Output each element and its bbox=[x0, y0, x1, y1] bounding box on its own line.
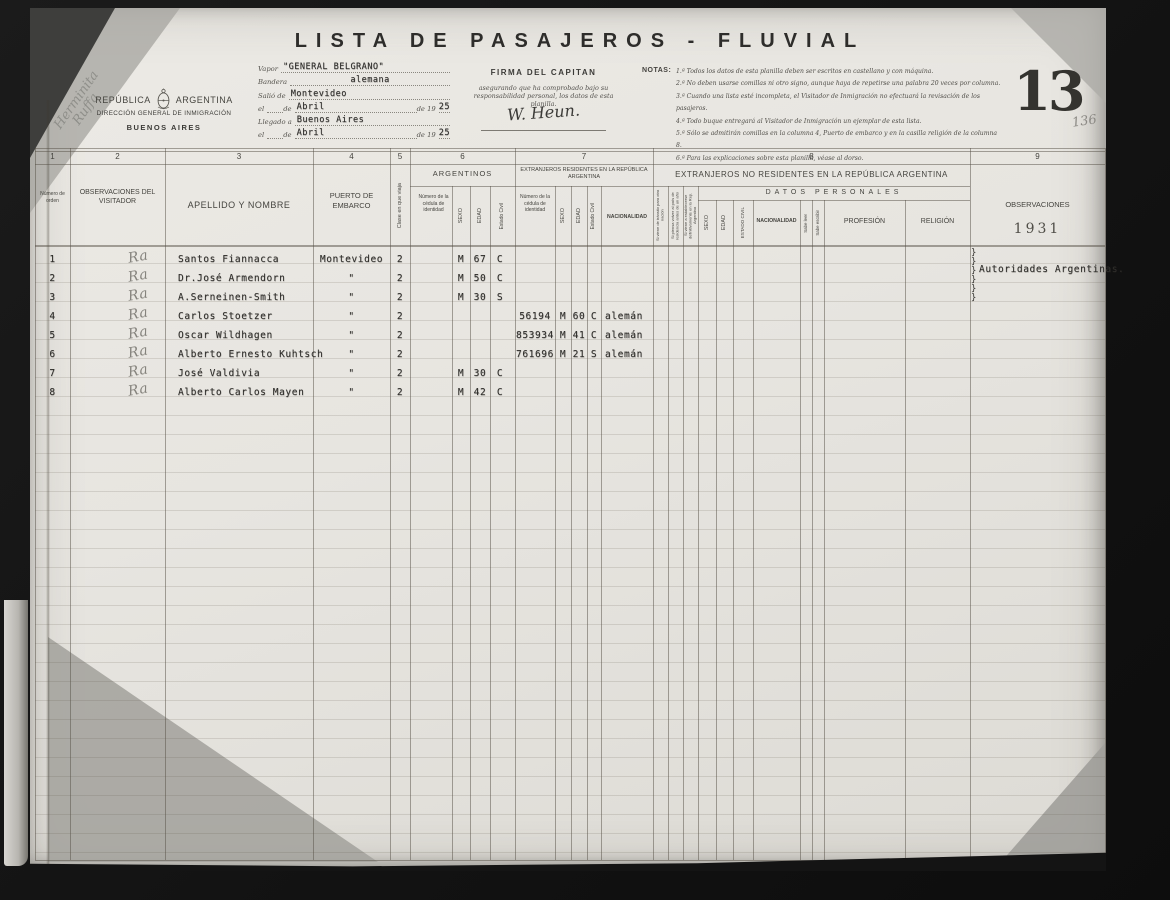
row-order-number: 5 bbox=[35, 330, 70, 341]
header-res-nacionalidad: NACIONALIDAD bbox=[601, 214, 653, 220]
row-order-number: 8 bbox=[35, 387, 70, 398]
embark-port: " bbox=[313, 387, 390, 398]
salio-label: Salió de bbox=[258, 92, 289, 100]
vapor-label: Vapor bbox=[258, 65, 281, 73]
obs-brace: } bbox=[971, 293, 976, 303]
vapor-value: "GENERAL BELGRANO" bbox=[281, 62, 450, 73]
col-number-8: 8 bbox=[653, 152, 970, 164]
col-number-6: 6 bbox=[410, 152, 515, 164]
row-order-number: 6 bbox=[35, 349, 70, 360]
visitador-handwritten-mark: Ra bbox=[127, 323, 150, 342]
arg-sexo: M bbox=[452, 387, 470, 398]
authority-name-part2: ARGENTINA bbox=[176, 95, 233, 105]
header-nr-edad: EDAD bbox=[716, 203, 733, 243]
el-label2: el bbox=[258, 131, 267, 139]
visitador-handwritten-mark: Ra bbox=[127, 285, 150, 304]
header-res-cedula: Número de la cédula de identidad bbox=[515, 194, 555, 214]
arg-edad: 67 bbox=[470, 254, 490, 265]
header-apellido-nombre: APELLIDO Y NOMBRE bbox=[165, 200, 313, 210]
arg-edad: 50 bbox=[470, 273, 490, 284]
row-order-number: 1 bbox=[35, 254, 70, 265]
sheet-number: 13 bbox=[1008, 62, 1088, 120]
arg-edad: 30 bbox=[470, 368, 490, 379]
table-row: 1 Ra Santos Fiannacca Montevideo 2 M 67 … bbox=[30, 252, 1106, 271]
res-nacionalidad: alemán bbox=[605, 311, 643, 322]
table-row: 3 Ra A.Serneinen-Smith " 2 M 30 S bbox=[30, 290, 1106, 309]
travel-class: 2 bbox=[390, 273, 410, 284]
authority-name-part1: REPÚBLICA bbox=[95, 95, 151, 105]
visitador-handwritten-mark: Ra bbox=[127, 380, 150, 399]
col-number-4: 4 bbox=[313, 152, 390, 164]
de-label2: de bbox=[283, 131, 294, 139]
col-number-5: 5 bbox=[390, 152, 410, 164]
col-number-9: 9 bbox=[970, 152, 1105, 164]
header-nr-sexo: SEXO bbox=[698, 203, 716, 243]
res-nacionalidad: alemán bbox=[605, 349, 643, 360]
year-stamp: 1931 bbox=[970, 221, 1105, 237]
visitador-handwritten-mark: Ra bbox=[127, 342, 150, 361]
signature-line bbox=[481, 130, 606, 131]
header-nr-nacionalidad: NACIONALIDAD bbox=[753, 218, 800, 224]
arg-estado-civil: C bbox=[490, 387, 510, 398]
table-row: 5 Ra Oscar Wildhagen " 2 853934 M 41 C a… bbox=[30, 328, 1106, 347]
grid-line bbox=[35, 164, 1105, 165]
arrival-date-row: el de Abril de 19 25 bbox=[258, 126, 450, 139]
passenger-name: Alberto Carlos Mayen bbox=[178, 387, 304, 398]
issuing-authority-box: REPÚBLICA ARGENTINA DIRECCIÓN GENER bbox=[80, 60, 248, 145]
arg-estado-civil: C bbox=[490, 273, 510, 284]
note-item: 2.ª No deben usarse comillas ni otro sig… bbox=[676, 78, 1001, 90]
de19-label: de 19 bbox=[417, 105, 439, 113]
header-datos-personales: DATOS PERSONALES bbox=[698, 189, 970, 196]
arg-sexo: M bbox=[452, 368, 470, 379]
flag-row: Bandera alemana bbox=[258, 73, 450, 86]
header-nr-estado-civil: ESTADO CIVIL bbox=[733, 203, 753, 243]
res-edad: 60 bbox=[571, 311, 587, 322]
res-sexo: M bbox=[555, 349, 571, 360]
arg-estado-civil: S bbox=[490, 292, 510, 303]
visitador-handwritten-mark: Ra bbox=[127, 361, 150, 380]
grid-line bbox=[410, 186, 970, 187]
header-arg-sexo: SEXO bbox=[452, 190, 470, 242]
day-blank2 bbox=[267, 138, 283, 139]
header-sabe-leer: Sabe leer bbox=[800, 203, 812, 243]
header-arg-edad: EDAD bbox=[470, 190, 490, 242]
travel-class: 2 bbox=[390, 330, 410, 341]
coat-of-arms-icon bbox=[156, 88, 171, 112]
row-order-number: 2 bbox=[35, 273, 70, 284]
travel-class: 2 bbox=[390, 368, 410, 379]
res-nacionalidad: alemán bbox=[605, 330, 643, 341]
passenger-name: Dr.José Armendorn bbox=[178, 273, 285, 284]
passenger-name: Carlos Stoetzer bbox=[178, 311, 273, 322]
sheet-number-handwritten: 136 bbox=[1071, 112, 1098, 130]
passenger-name: Santos Fiannacca bbox=[178, 254, 279, 265]
res-edad: 21 bbox=[571, 349, 587, 360]
travel-class: 2 bbox=[390, 349, 410, 360]
arrival-port-row: Llegado a Buenos Aires bbox=[258, 113, 450, 126]
month2-value: Abril bbox=[295, 128, 417, 139]
llegado-value: Buenos Aires bbox=[295, 115, 450, 126]
arg-estado-civil: C bbox=[490, 368, 510, 379]
header-sabe-escribir: Sabe escribir bbox=[812, 203, 824, 243]
arg-sexo: M bbox=[452, 254, 470, 265]
col-number-1: 1 bbox=[35, 152, 70, 164]
table-row: 4 Ra Carlos Stoetzer " 2 56194 M 60 C al… bbox=[30, 309, 1106, 328]
embark-port: " bbox=[313, 349, 390, 360]
scan-background: Herminita Ruffa LISTA DE PASAJEROS - FLU… bbox=[0, 0, 1170, 900]
res-edad: 41 bbox=[571, 330, 587, 341]
header-res-estado-civil: Estado Civil bbox=[587, 190, 601, 242]
visitador-handwritten-mark: Ra bbox=[127, 247, 150, 266]
authority-city: BUENOS AIRES bbox=[80, 123, 248, 132]
table-row: 6 Ra Alberto Ernesto Kuhtsch " 2 761696 … bbox=[30, 347, 1106, 366]
bandera-label: Bandera bbox=[258, 78, 290, 86]
de19-label2: de 19 bbox=[417, 131, 439, 139]
row-order-number: 7 bbox=[35, 368, 70, 379]
arg-sexo: M bbox=[452, 273, 470, 284]
year1-value: 25 bbox=[439, 102, 450, 113]
travel-class: 2 bbox=[390, 311, 410, 322]
embark-port: " bbox=[313, 368, 390, 379]
header-arg-estado-civil: Estado Civil bbox=[490, 190, 515, 242]
arg-edad: 30 bbox=[470, 292, 490, 303]
passenger-list-page: Herminita Ruffa LISTA DE PASAJEROS - FLU… bbox=[30, 8, 1106, 868]
note-item: 3.ª Cuando una lista esté incompleta, el… bbox=[676, 91, 1001, 116]
header-volver-pais: Si piensa volver al país de residencia a… bbox=[668, 188, 683, 243]
header-res-edad: EDAD bbox=[571, 190, 587, 242]
res-estado-civil: S bbox=[587, 349, 601, 360]
header-extranjeros-residentes: EXTRANJEROS RESIDENTES EN LA REPÚBLICA A… bbox=[517, 167, 651, 181]
col-number-3: 3 bbox=[165, 152, 313, 164]
travel-class: 2 bbox=[390, 254, 410, 265]
passenger-name: A.Serneinen-Smith bbox=[178, 292, 285, 303]
arg-sexo: M bbox=[452, 292, 470, 303]
table-row: 2 Ra Dr.José Armendorn " 2 M 50 C bbox=[30, 271, 1106, 290]
ship-name-row: Vapor "GENERAL BELGRANO" bbox=[258, 60, 450, 73]
year2-value: 25 bbox=[439, 128, 450, 139]
note-item: 5.ª Sólo se admitirán comillas en la col… bbox=[676, 128, 1001, 153]
captain-signature-box: FIRMA DEL CAPITAN asegurando que ha comp… bbox=[459, 60, 628, 145]
res-sexo: M bbox=[555, 330, 571, 341]
embark-port: Montevideo bbox=[313, 254, 390, 265]
header-clase: Clase en que viaja bbox=[390, 170, 410, 242]
embark-port: " bbox=[313, 311, 390, 322]
authority-division: DIRECCIÓN GENERAL DE INMIGRACIÓN bbox=[80, 110, 248, 117]
header-extranjeros-no-residentes: EXTRANJEROS NO RESIDENTES EN LA REPÚBLIC… bbox=[653, 170, 970, 179]
passenger-name: Alberto Ernesto Kuhtsch bbox=[178, 349, 323, 360]
header-observaciones-visitador: OBSERVACIONES DEL VISITADOR bbox=[72, 188, 163, 206]
res-cedula: 853934 bbox=[515, 330, 555, 341]
month1-value: Abril bbox=[295, 102, 417, 113]
header-observaciones: OBSERVACIONES bbox=[970, 200, 1105, 209]
de-label: de bbox=[283, 105, 294, 113]
arg-estado-civil: C bbox=[490, 254, 510, 265]
header-numero-orden: Número de orden bbox=[35, 191, 70, 204]
header-establecerse: Si viene a establecerse definitivamente … bbox=[683, 188, 698, 243]
header-profesion: PROFESIÓN bbox=[824, 218, 905, 225]
el-label: el bbox=[258, 105, 267, 113]
res-cedula: 56194 bbox=[515, 311, 555, 322]
passenger-name: Oscar Wildhagen bbox=[178, 330, 273, 341]
header-arg-cedula: Número de la cédula de identidad bbox=[415, 194, 452, 214]
table-row: 8 Ra Alberto Carlos Mayen " 2 M 42 C bbox=[30, 385, 1106, 404]
travel-class: 2 bbox=[390, 292, 410, 303]
header-res-sexo: SEXO bbox=[555, 190, 571, 242]
visitador-handwritten-mark: Ra bbox=[127, 304, 150, 323]
header-puerto-embarco: PUERTO DE EMBARCO bbox=[313, 191, 390, 210]
llegado-label: Llegado a bbox=[258, 118, 295, 126]
header-religion: RELIGIÓN bbox=[905, 218, 970, 225]
salio-value: Montevideo bbox=[289, 89, 450, 100]
note-item: 4.ª Todo buque entregará al Visitador de… bbox=[676, 116, 1001, 128]
arg-edad: 42 bbox=[470, 387, 490, 398]
embark-port: " bbox=[313, 273, 390, 284]
notes-box: NOTAS: 1.ª Todos los datos de esta plani… bbox=[632, 60, 1005, 150]
res-sexo: M bbox=[555, 311, 571, 322]
travel-class: 2 bbox=[390, 387, 410, 398]
res-estado-civil: C bbox=[587, 311, 601, 322]
page-title: LISTA DE PASAJEROS - FLUVIAL bbox=[290, 30, 870, 53]
departure-date-row: el de Abril de 19 25 bbox=[258, 100, 450, 113]
res-estado-civil: C bbox=[587, 330, 601, 341]
header-argentinos: ARGENTINOS bbox=[410, 169, 515, 178]
embark-port: " bbox=[313, 292, 390, 303]
note-item: 1.ª Todos los datos de esta planilla deb… bbox=[676, 66, 1001, 78]
table-row: 7 Ra José Valdivia " 2 M 30 C bbox=[30, 366, 1106, 385]
ship-info-box: Vapor "GENERAL BELGRANO" Bandera alemana… bbox=[254, 60, 454, 145]
visitador-handwritten-mark: Ra bbox=[127, 266, 150, 285]
header-transito-otra-nacion: Si viene de tránsito para otra nación bbox=[653, 188, 668, 243]
authority-name: REPÚBLICA ARGENTINA bbox=[80, 88, 248, 112]
captain-box-title: FIRMA DEL CAPITAN bbox=[459, 68, 628, 77]
col-number-7: 7 bbox=[515, 152, 653, 164]
notes-label: NOTAS: bbox=[642, 67, 671, 74]
bandera-value: alemana bbox=[290, 75, 450, 86]
day-blank bbox=[267, 112, 283, 113]
res-cedula: 761696 bbox=[515, 349, 555, 360]
page-edge-curl bbox=[4, 600, 28, 866]
departure-port-row: Salió de Montevideo bbox=[258, 86, 450, 99]
row-order-number: 4 bbox=[35, 311, 70, 322]
grid-line bbox=[35, 148, 1105, 149]
grid-line bbox=[698, 200, 970, 201]
col-number-2: 2 bbox=[70, 152, 165, 164]
obs-authorities-note: Autoridades Argentinas. bbox=[979, 264, 1124, 275]
passenger-name: José Valdivia bbox=[178, 368, 260, 379]
embark-port: " bbox=[313, 330, 390, 341]
row-order-number: 3 bbox=[35, 292, 70, 303]
